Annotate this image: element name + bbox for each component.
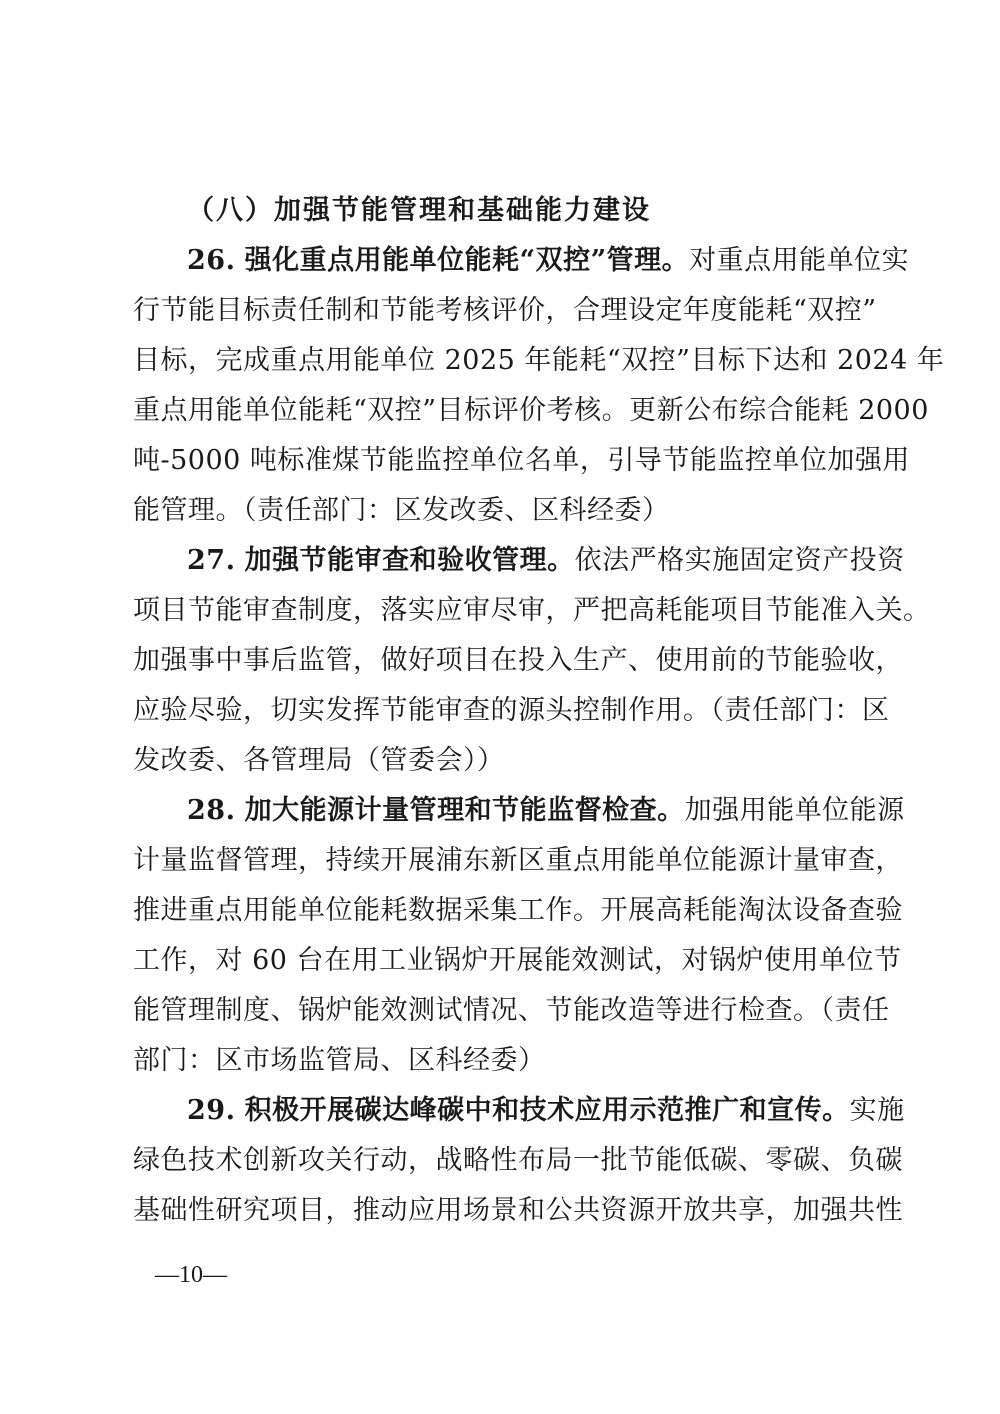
item-27-line-3: 应验尽验，切实发挥节能审查的源头控制作用。（责任部门：区 <box>133 693 873 729</box>
item-27-first-line: 27. 加强节能审查和验收管理。依法严格实施固定资产投资 <box>187 543 873 579</box>
item-28-line-2: 推进重点用能单位能耗数据采集工作。开展高耗能淘汰设备查验 <box>133 893 873 929</box>
item-27-line-1: 项目节能审查制度，落实应审尽审，严把高耗能项目节能准入关。 <box>133 593 873 629</box>
item-26-line-3: 重点用能单位能耗“双控”目标评价考核。更新公布综合能耗 2000 <box>133 393 873 429</box>
item-29-line-0: 实施 <box>850 1095 905 1126</box>
item-29-number: 29. <box>187 1095 235 1126</box>
item-29-first-line: 29. 积极开展碳达峰碳中和技术应用示范推广和宣传。实施 <box>187 1093 873 1129</box>
item-26-line-1: 行节能目标责任制和节能考核评价，合理设定年度能耗“双控” <box>133 293 873 329</box>
item-28-title: 加大能源计量管理和节能监督检查。 <box>245 795 685 826</box>
section-heading: （八）加强节能管理和基础能力建设 <box>187 193 927 229</box>
item-27-line-4: 发改委、各管理局（管委会）） <box>133 743 873 779</box>
document-page: （八）加强节能管理和基础能力建设 26. 强化重点用能单位能耗“双控”管理。对重… <box>0 0 1000 1414</box>
item-27-number: 27. <box>187 545 235 576</box>
item-29-title: 积极开展碳达峰碳中和技术应用示范推广和宣传。 <box>245 1095 850 1126</box>
item-28-line-5: 部门：区市场监管局、区科经委） <box>133 1043 873 1079</box>
item-28-line-3: 工作，对 60 台在用工业锅炉开展能效测试，对锅炉使用单位节 <box>133 943 873 979</box>
item-28-first-line: 28. 加大能源计量管理和节能监督检查。加强用能单位能源 <box>187 793 873 829</box>
item-26-line-0: 对重点用能单位实 <box>689 245 909 276</box>
item-26-first-line: 26. 强化重点用能单位能耗“双控”管理。对重点用能单位实 <box>187 243 873 279</box>
item-28-line-1: 计量监督管理，持续开展浦东新区重点用能单位能源计量审查， <box>133 843 873 879</box>
item-27-title: 加强节能审查和验收管理。 <box>245 545 575 576</box>
item-26-title: 强化重点用能单位能耗“双控”管理。 <box>245 245 690 276</box>
item-29-line-2: 基础性研究项目，推动应用场景和公共资源开放共享，加强共性 <box>133 1193 873 1229</box>
item-27-line-2: 加强事中事后监管，做好项目在投入生产、使用前的节能验收， <box>133 643 873 679</box>
item-29-line-1: 绿色技术创新攻关行动，战略性布局一批节能低碳、零碳、负碳 <box>133 1143 873 1179</box>
item-26-line-4: 吨-5000 吨标准煤节能监控单位名单，引导节能监控单位加强用 <box>133 443 873 479</box>
item-28-line-4: 能管理制度、锅炉能效测试情况、节能改造等进行检查。（责任 <box>133 993 873 1029</box>
item-26-line-5: 能管理。（责任部门：区发改委、区科经委） <box>133 493 873 529</box>
item-28-line-0: 加强用能单位能源 <box>685 795 905 826</box>
page-number: —10— <box>155 1260 227 1290</box>
item-26-number: 26. <box>187 245 235 276</box>
item-26-line-2: 目标，完成重点用能单位 2025 年能耗“双控”目标下达和 2024 年 <box>133 343 873 379</box>
item-27-line-0: 依法严格实施固定资产投资 <box>575 545 905 576</box>
item-28-number: 28. <box>187 795 235 826</box>
